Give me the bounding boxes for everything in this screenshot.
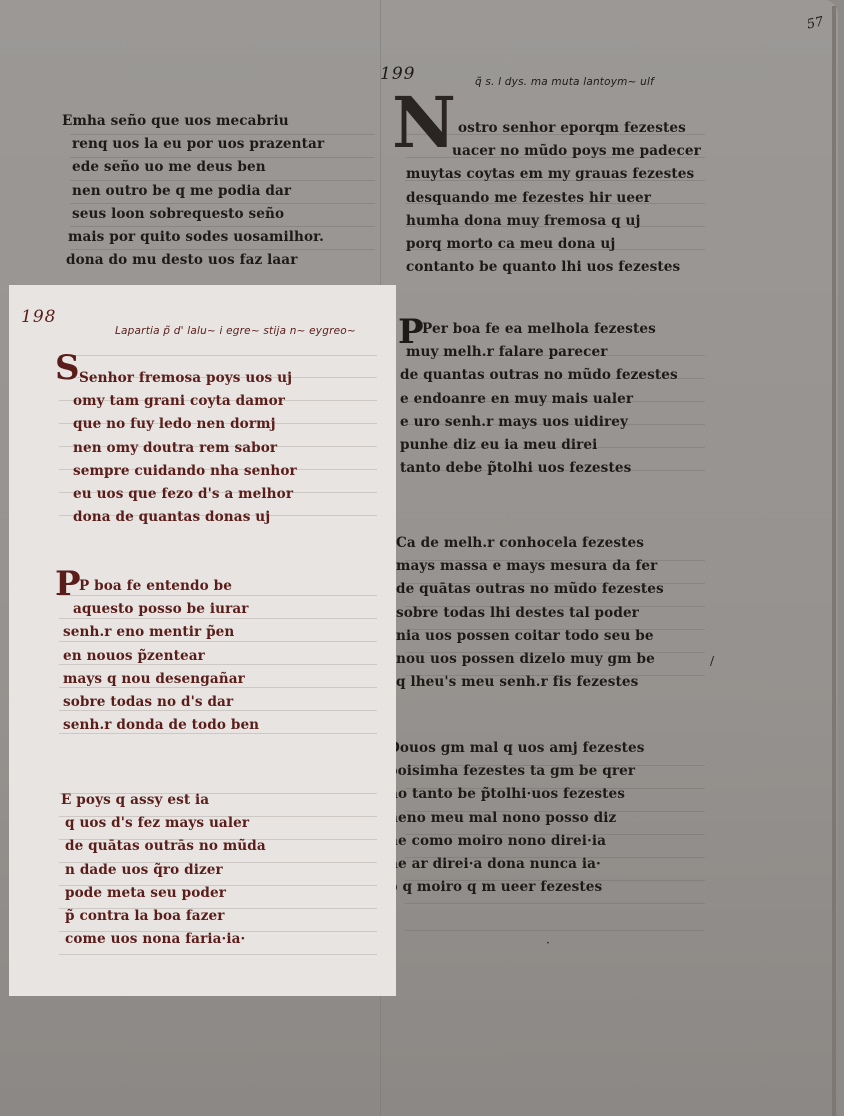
verse-line: dona do mu desto uos faz laar [62, 249, 324, 272]
verse-line: uacer no mũdo poys me padecer [406, 140, 701, 163]
poem-198-stanza-2: P boa fe entendo be aquesto posso be iur… [63, 575, 259, 737]
verse-line: humha dona muy fremosa q uj [406, 210, 701, 233]
verse-line: en nouos p̃zentear [63, 645, 259, 668]
highlighted-region-poem-198: 198 Lapartia p̃ d' lalu~ i egre~ stija n… [9, 285, 396, 996]
verse-line: de quātas outras no mũdo fezestes [396, 578, 664, 601]
verse-line: nen omy doutra rem sabor [67, 437, 297, 460]
verse-line: pode meta seu poder [61, 882, 266, 905]
verse-line: Per boa fe ea melhola fezestes [400, 318, 678, 341]
verse-line: senh.r donda de todo ben [63, 714, 259, 737]
poem-198-stanza-1: Senhor fremosa poys uos uj omy tam grani… [67, 367, 297, 529]
verse-line: dona de quantas donas uj [67, 506, 297, 529]
verse-line: mays q nou desengañar [63, 668, 259, 691]
left-top-stanza: Emha seño que uos mecabriu renq uos la e… [62, 110, 324, 272]
verse-line: mais por quito sodes uosamilhor. [62, 226, 324, 249]
poem-199-rubric: q̃ s. l dys. ma muta lantoym~ ulf [475, 76, 654, 88]
verse-line: Douos gm mal q uos amj fezestes [388, 737, 645, 760]
verse-line: nia uos possen coitar todo seu be [396, 625, 664, 648]
ink-speck: · [546, 936, 550, 950]
verse-line: senh.r eno mentir p̃en [63, 621, 259, 644]
verse-line: de quātas outrās no mũda [61, 835, 266, 858]
verse-line: desquando me fezestes hir ueer [406, 187, 701, 210]
verse-line: muytas coytas em my grauas fezestes [406, 163, 701, 186]
verse-line: sobre todas no d's dar [63, 691, 259, 714]
verse-line: muy melh.r falare parecer [400, 341, 678, 364]
poem-number-198: 198 [21, 307, 56, 327]
verse-line: mays massa e mays mesura da fer [396, 555, 664, 578]
verse-line: nou uos possen dizelo muy gm be [396, 648, 664, 671]
verse-line: q lheu's meu senh.r fis fezestes [396, 671, 664, 694]
verse-line: porq morto ca meu dona uj [406, 233, 701, 256]
verse-line: contanto be quanto lhi uos fezestes [406, 256, 701, 279]
verse-line: sempre cuidando nha senhor [67, 460, 297, 483]
poem-198-stanza-3: E poys q assy est ia q uos d's fez mays … [61, 789, 266, 951]
poem-199-stanza-2: Per boa fe ea melhola fezestes muy melh.… [400, 318, 678, 480]
verse-line: n dade uos q̃ro dizer [61, 859, 266, 882]
verse-line: P boa fe entendo be [63, 575, 259, 598]
poem-199-stanza-3: Ca de melh.r conhocela fezestes mays mas… [396, 532, 664, 694]
verse-line: Ca de melh.r conhocela fezestes [396, 532, 664, 555]
verse-line: e endoanre en muy mais ualer [400, 388, 678, 411]
verse-line: ne ar direi·a dona nunca ia· [388, 853, 645, 876]
verse-line: E poys q assy est ia [61, 789, 266, 812]
verse-line: punhe diz eu ia meu direi [400, 434, 678, 457]
verse-line: ne como moiro nono direi·ia [388, 830, 645, 853]
verse-line: eu uos que fezo d's a melhor [67, 483, 297, 506]
verse-line: ostro senhor eporqm fezestes [406, 117, 701, 140]
poem-198-rubric: Lapartia p̃ d' lalu~ i egre~ stija n~ ey… [115, 325, 356, 337]
ink-stroke: / [710, 654, 714, 668]
folio-number: 57 [806, 14, 825, 32]
leaf-edge [832, 6, 836, 1116]
verse-line: nen outro be q me podia dar [62, 180, 324, 203]
verse-line: aquesto posso be iurar [63, 598, 259, 621]
verse-line: ede seño uo me deus ben [62, 156, 324, 179]
verse-line: e uro senh.r mays uos uidirey [400, 411, 678, 434]
verse-line: tanto debe p̃tolhi uos fezestes [400, 457, 678, 480]
verse-line: p q moiro q m ueer fezestes [388, 876, 645, 899]
verse-line: come uos nona faria·ia· [61, 928, 266, 951]
verse-line: poisimha fezestes ta gm be qrer [388, 760, 645, 783]
verse-line: omy tam grani coyta damor [67, 390, 297, 413]
poem-199-stanza-4: Douos gm mal q uos amj fezestes poisimha… [388, 737, 645, 899]
verse-line: de quantas outras no mũdo fezestes [400, 364, 678, 387]
verse-line: q uos d's fez mays ualer [61, 812, 266, 835]
verse-line: seus loon sobrequesto seño [62, 203, 324, 226]
verse-line: no tanto be p̃tolhi·uos fezestes [388, 783, 645, 806]
poem-199-stanza-1: ostro senhor eporqm fezestes uacer no mũ… [406, 117, 701, 279]
verse-line: Senhor fremosa poys uos uj [67, 367, 297, 390]
verse-line: neno meu mal nono posso diz [388, 807, 645, 830]
verse-line: Emha seño que uos mecabriu [62, 110, 324, 133]
verse-line: que no fuy ledo nen dormj [67, 413, 297, 436]
verse-line: p̃ contra la boa fazer [61, 905, 266, 928]
verse-line: sobre todas lhi destes tal poder [396, 602, 664, 625]
verse-line: renq uos la eu por uos prazentar [62, 133, 324, 156]
